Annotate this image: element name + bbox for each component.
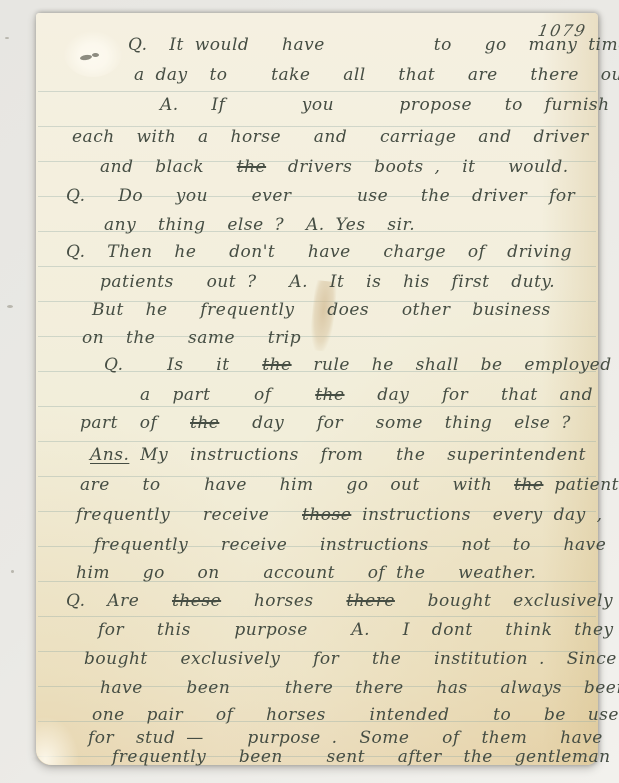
handwritten-line: Q. Then he don't have charge of driving — [66, 243, 572, 262]
handwritten-line: Q. Do you ever use the driver for — [66, 187, 575, 206]
handwritten-line: bought exclusively for the institution .… — [84, 650, 619, 669]
struck-word: the — [190, 413, 219, 433]
struck-word: those — [302, 505, 351, 525]
handwritten-line: Q. Is it the rule he shall be employed — [104, 356, 612, 375]
handwritten-line: a day to take all that are there out ? — [134, 66, 619, 85]
handwritten-line: him go on account of the weather. — [76, 564, 536, 583]
handwriting: Q. It would have to go many timesa day t… — [0, 0, 619, 783]
handwritten-line: are to have him go out with the patients… — [80, 476, 619, 495]
handwritten-line: part of the day for some thing else ? — [80, 414, 571, 433]
handwritten-line: for stud — purpose . Some of them have — [88, 729, 603, 748]
handwritten-line: patients out ? A. It is his first duty. — [100, 273, 555, 292]
handwritten-line: A. If you propose to furnish them — [160, 96, 619, 115]
handwritten-line: on the same trip — [82, 329, 301, 348]
struck-word: these — [172, 591, 221, 611]
handwritten-line: each with a horse and carriage and drive… — [72, 128, 589, 147]
handwritten-line: frequently receive instructions not to h… — [94, 536, 606, 555]
struck-word: the — [237, 157, 266, 177]
handwritten-line: Q. Are these horses there bought exclusi… — [66, 592, 613, 611]
handwritten-line: frequently receive those instructions ev… — [76, 506, 603, 525]
handwritten-line: one pair of horses intended to be used — [92, 706, 619, 725]
handwritten-line: have been there there has always been — [100, 679, 619, 698]
underlined-word: Ans. — [90, 445, 129, 465]
handwritten-line: for this purpose A. I dont think they ar… — [98, 621, 619, 640]
handwritten-line: any thing else ? A. Yes sir. — [104, 216, 415, 235]
struck-word: there — [346, 591, 395, 611]
struck-word: the — [514, 475, 543, 495]
handwritten-line: Q. It would have to go many times — [128, 36, 619, 55]
handwritten-line: Ans. My instructions from the superinten… — [90, 446, 586, 465]
handwritten-line: a part of the day for that and a — [140, 386, 619, 405]
handwritten-line: frequently been sent after the gentleman — [112, 748, 611, 767]
scanned-document: 1079 Q. It would have to go many timesa … — [0, 0, 619, 783]
handwritten-line: and black the drivers boots , it would. — [100, 158, 569, 177]
handwritten-line: But he frequently does other business — [92, 301, 551, 320]
struck-word: the — [262, 355, 291, 375]
struck-word: the — [315, 385, 344, 405]
